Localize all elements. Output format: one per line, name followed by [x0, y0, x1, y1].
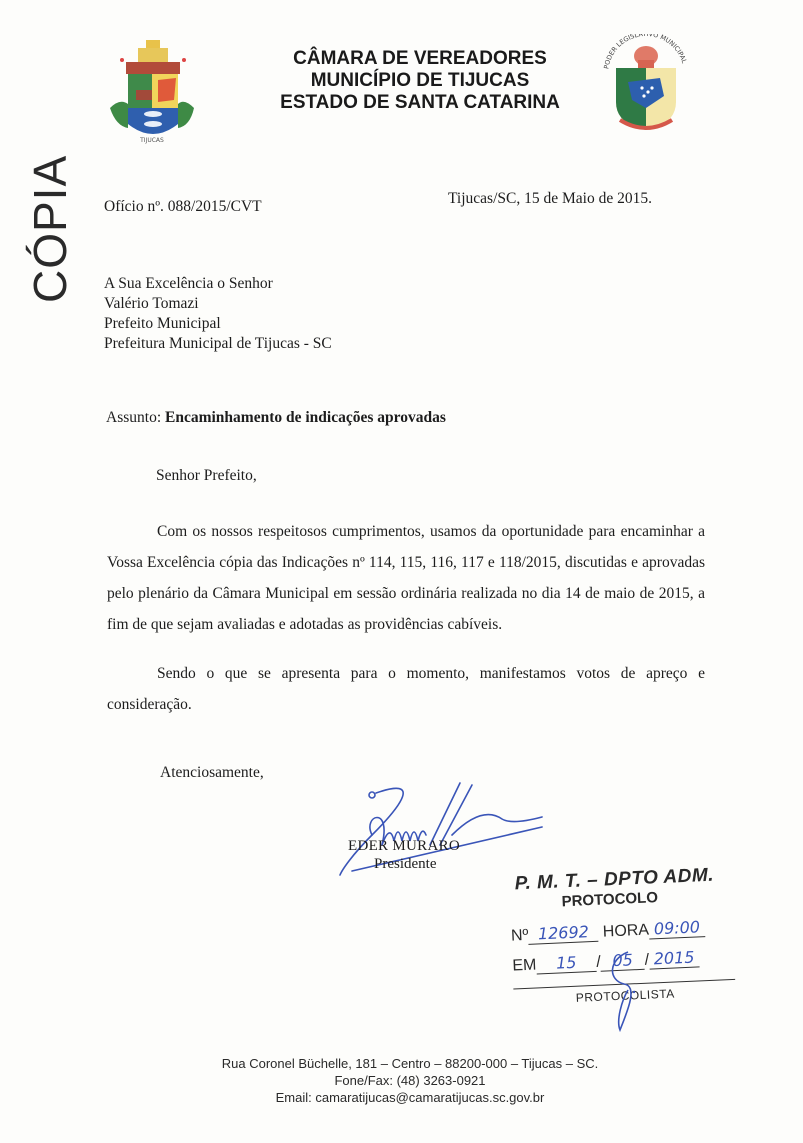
footer-phone: Fone/Fax: (48) 3263-0921 — [180, 1072, 640, 1089]
recipient-block: A Sua Excelência o Senhor Valério Tomazi… — [104, 274, 332, 354]
tijucas-coat-of-arms-icon: TIJUCAS — [106, 38, 198, 146]
body-paragraph-2: Sendo o que se apresenta para o momento,… — [107, 658, 705, 720]
footer-contact: Rua Coronel Büchelle, 181 – Centro – 882… — [180, 1055, 640, 1106]
body-paragraph-1: Com os nossos respeitosos cumprimentos, … — [107, 516, 705, 640]
signer-role: Presidente — [374, 856, 436, 873]
salutation: Senhor Prefeito, — [156, 466, 257, 486]
protocolista-initials-icon — [598, 950, 658, 1035]
subject-line: Assunto: Encaminhamento de indicações ap… — [106, 408, 446, 428]
recipient-line: Prefeito Municipal — [104, 314, 332, 334]
svg-text:TIJUCAS: TIJUCAS — [139, 137, 164, 144]
copy-stamp: CÓPIA — [25, 163, 75, 303]
title-line-1: CÂMARA DE VEREADORES — [220, 48, 620, 70]
stamp-subtitle: PROTOCOLO — [561, 889, 658, 910]
subject-label: Assunto: — [106, 409, 161, 426]
signer-name: EDER MURARO — [348, 838, 460, 855]
protocol-day: 15 — [536, 952, 597, 975]
chamber-title: CÂMARA DE VEREADORES MUNICÍPIO DE TIJUCA… — [220, 48, 620, 114]
protocol-number: 12692 — [528, 922, 599, 945]
hour-label: HORA — [602, 922, 649, 941]
recipient-line: A Sua Excelência o Senhor — [104, 274, 332, 294]
recipient-line: Prefeitura Municipal de Tijucas - SC — [104, 334, 332, 354]
date-label: EM — [512, 957, 537, 975]
subject-text: Encaminhamento de indicações aprovadas — [165, 409, 446, 426]
protocol-hour: 09:00 — [649, 917, 706, 939]
recipient-line: Valério Tomazi — [104, 294, 332, 314]
letter-date: Tijucas/SC, 15 de Maio de 2015. — [448, 189, 652, 209]
title-line-3: ESTADO DE SANTA CATARINA — [220, 92, 620, 114]
title-line-2: MUNICÍPIO DE TIJUCAS — [220, 70, 620, 92]
footer-email: Email: camaratijucas@camaratijucas.sc.go… — [180, 1089, 640, 1106]
closing: Atenciosamente, — [160, 763, 264, 783]
number-label: Nº — [511, 927, 529, 945]
poder-legislativo-municipal-crest-icon: PODER LEGISLATIVO MUNICIPAL — [598, 34, 694, 134]
oficio-number: Ofício nº. 088/2015/CVT — [104, 197, 262, 217]
stamp-number-hour-row: Nº12692 HORA09:00 — [511, 917, 706, 945]
footer-address: Rua Coronel Büchelle, 181 – Centro – 882… — [180, 1055, 640, 1072]
